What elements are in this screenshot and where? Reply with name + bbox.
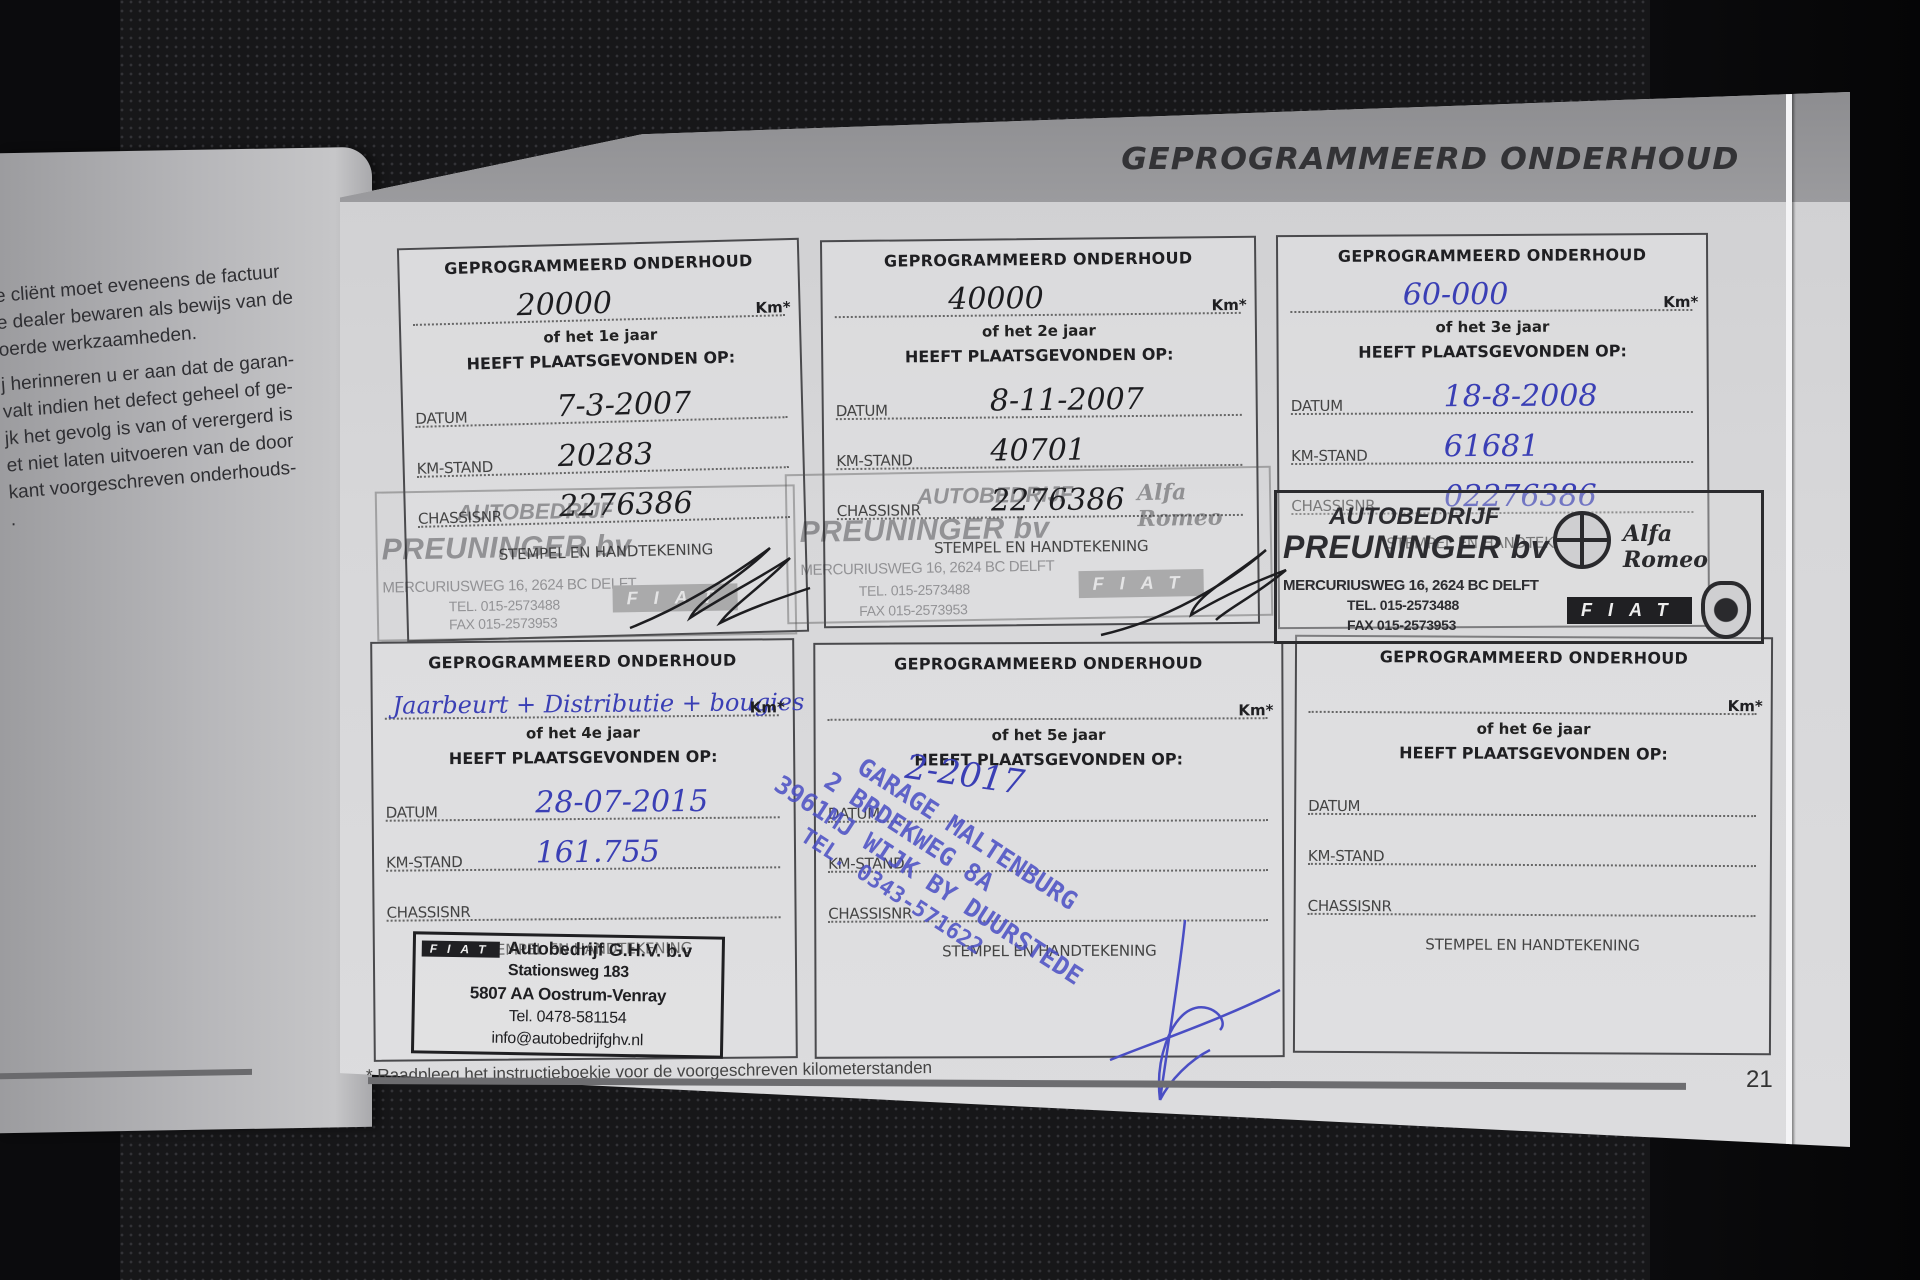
km-stand-value: 61681 [1444, 432, 1540, 462]
interval-km-field: Km* [827, 691, 1267, 721]
km-unit-label: Km* [755, 298, 791, 317]
km-stand-label: KM-STAND [836, 451, 913, 470]
km-unit-label: Km* [1211, 296, 1246, 314]
stamp-fax: FAX 015-2573953 [1347, 617, 1456, 633]
stamp-line2: PREUNINGER bv [381, 529, 631, 567]
stamp-address: MERCURIUSWEG 16, 2624 BC DELFT [1283, 577, 1539, 594]
datum-field: DATUM 8-11-2007 [836, 386, 1242, 420]
km-stand-field: KM-STAND [1308, 835, 1756, 867]
ghv-tel: Tel. 0478-581154 [414, 1006, 720, 1029]
datum-field: DATUM 18-8-2008 [1291, 383, 1693, 415]
alfa-romeo-logo: Alfa Romeo [1623, 521, 1761, 573]
datum-field: DATUM 7-3-2007 [415, 388, 788, 428]
performed-on-label: HEEFT PLAATSGEVONDEN OP: [402, 346, 800, 375]
datum-value: 28-07-2015 [535, 787, 708, 819]
ghv-name: Autobedrijf G.H.V. b.v [508, 938, 693, 962]
year-label: of het 5e jaar [816, 725, 1282, 745]
stamp-line1: AUTOBEDRIJF [917, 481, 1073, 510]
datum-label: DATUM [386, 803, 438, 821]
interval-value: Jaarbeurt + Distributie + bougies [393, 690, 805, 718]
km-unit-label: Km* [750, 698, 785, 716]
km-stand-field: KM-STAND 61681 [1291, 433, 1693, 465]
km-stand-label: KM-STAND [386, 853, 462, 872]
card-title: GEPROGRAMMEERD ONDERHOUD [1278, 245, 1706, 266]
stamp-line2: PREUNINGER bv [799, 512, 1049, 550]
year-label: of het 2e jaar [823, 320, 1255, 343]
km-stand-label: KM-STAND [416, 458, 493, 478]
chassisnr-label: CHASSISNR [386, 903, 470, 922]
interval-value: 40000 [948, 284, 1044, 315]
year-label: of het 4e jaar [373, 722, 793, 744]
datum-field: DATUM [1308, 785, 1756, 817]
stamp-fax: FAX 015-2573953 [859, 601, 968, 619]
km-stand-field: KM-STAND 161.755 [386, 838, 780, 871]
page-edge [1786, 92, 1792, 1147]
chassisnr-field: CHASSISNR [1308, 885, 1756, 917]
datum-label: DATUM [1308, 797, 1360, 815]
km-stand-label: KM-STAND [1308, 847, 1384, 865]
stamp-fax: FAX 015-2573953 [449, 615, 558, 633]
card-title: GEPROGRAMMEERD ONDERHOUD [1297, 647, 1771, 668]
left-page-rule [0, 1069, 252, 1079]
year-label: of het 1e jaar [401, 322, 799, 350]
stamp-line1: AUTOBEDRIJF [1329, 503, 1499, 531]
datum-value: 18-8-2008 [1443, 381, 1597, 412]
ghv-email: info@autobedrijfghv.nl [414, 1028, 720, 1051]
year-label: of het 6e jaar [1297, 719, 1771, 739]
datum-label: DATUM [415, 409, 467, 428]
stamp-line2: PREUNINGER bv [1283, 529, 1549, 566]
interval-km-field: Km* [1309, 685, 1757, 715]
km-unit-label: Km* [1663, 293, 1698, 311]
year-label: of het 3e jaar [1278, 317, 1706, 337]
km-stand-field: KM-STAND 20283 [416, 438, 789, 478]
datum-value: 7-3-2007 [556, 389, 692, 423]
alfa-romeo-logo: Alfa Romeo [1137, 478, 1270, 532]
interval-km-field: 60-000 Km* [1290, 283, 1692, 313]
chassisnr-label: CHASSISNR [1308, 897, 1392, 915]
signature-card-2 [1096, 540, 1296, 640]
interval-value: 60-000 [1403, 280, 1509, 311]
signature-card-1 [620, 538, 820, 638]
stamp-tel: TEL. 015-2573488 [859, 581, 970, 599]
interval-value: 20000 [516, 289, 612, 321]
fiat-logo: FIAT [1567, 597, 1692, 624]
km-stand-value: 161.755 [536, 837, 660, 868]
performed-on-label: HEEFT PLAATSGEVONDEN OP: [373, 746, 793, 769]
performed-on-label: HEEFT PLAATSGEVONDEN OP: [1279, 341, 1707, 362]
km-unit-label: Km* [1728, 697, 1763, 715]
chassisnr-field: CHASSISNR [386, 888, 780, 921]
datum-label: DATUM [836, 402, 888, 421]
page-number: 21 [1746, 1066, 1773, 1094]
interval-km-field: 40000 Km* [835, 286, 1241, 318]
km-stand-value: 20283 [557, 440, 653, 472]
card-title: GEPROGRAMMEERD ONDERHOUD [372, 650, 792, 673]
page-title: GEPROGRAMMEERD ONDERHOUD [1121, 142, 1739, 177]
left-page-text: e cliënt moet eveneens de factuur e deal… [0, 257, 311, 533]
stamp-signature-label: STEMPEL EN HANDTEKENING [1295, 935, 1769, 955]
km-stand-label: KM-STAND [1291, 447, 1367, 465]
datum-label: DATUM [1291, 397, 1343, 415]
datum-field: DATUM 28-07-2015 [385, 788, 779, 821]
stamp-address: MERCURIUSWEG 16, 2624 BC DELFT [382, 575, 636, 596]
interval-km-field: 20000 Km* [412, 288, 785, 326]
left-page: e cliënt moet eveneens de factuur e deal… [0, 147, 372, 1133]
stamp-tel: TEL. 015-2573488 [449, 596, 560, 614]
km-unit-label: Km* [1238, 701, 1273, 719]
fiat-logo: FIAT [422, 940, 500, 957]
card-title: GEPROGRAMMEERD ONDERHOUD [399, 250, 797, 279]
card-title: GEPROGRAMMEERD ONDERHOUD [822, 248, 1254, 272]
km-stand-value: 40701 [990, 436, 1086, 467]
dealer-stamp-ghv: FIAT Autobedrijf G.H.V. b.v Stationsweg … [411, 931, 725, 1058]
stamp-line1: AUTOBEDRIJF [457, 498, 613, 527]
alfa-romeo-emblem-icon [1553, 511, 1611, 569]
lancia-emblem-icon [1701, 581, 1751, 639]
stamp-tel: TEL. 015-2573488 [1347, 597, 1459, 613]
interval-km-field: Jaarbeurt + Distributie + bougies Km* [385, 688, 779, 719]
datum-value: 8-11-2007 [990, 385, 1144, 417]
performed-on-label: HEEFT PLAATSGEVONDEN OP: [823, 344, 1255, 368]
card-title: GEPROGRAMMEERD ONDERHOUD [815, 653, 1281, 674]
ghv-street: Stationsweg 183 [415, 960, 721, 983]
km-stand-field: KM-STAND 40701 [836, 436, 1242, 470]
stamp-address: MERCURIUSWEG 16, 2624 BC DELFT [800, 558, 1054, 579]
dealer-stamp-preuninger: AUTOBEDRIJF PREUNINGER bv MERCURIUSWEG 1… [1274, 490, 1764, 644]
service-card-6: GEPROGRAMMEERD ONDERHOUD Km* of het 6e j… [1293, 635, 1773, 1055]
performed-on-label: HEEFT PLAATSGEVONDEN OP: [1296, 743, 1770, 764]
ghv-city: 5807 AA Oostrum-Venray [415, 982, 721, 1007]
